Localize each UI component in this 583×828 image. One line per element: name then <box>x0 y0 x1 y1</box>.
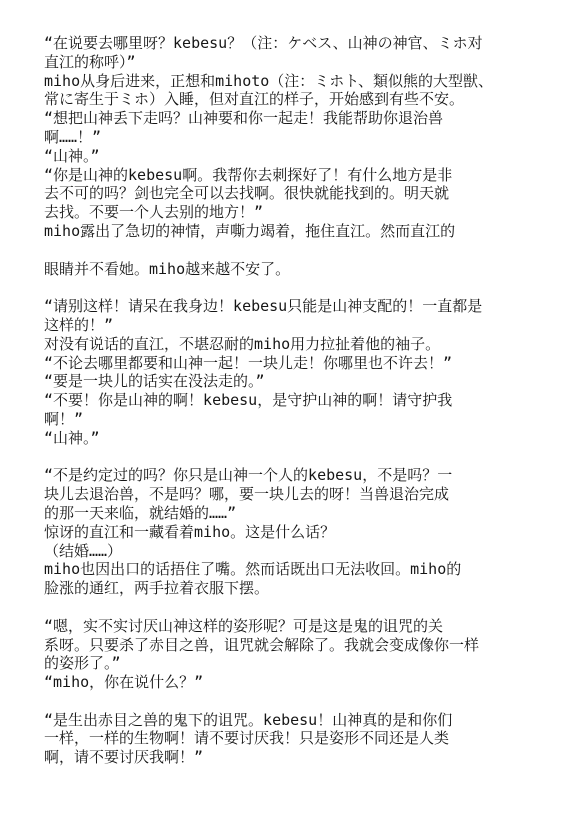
text-line: 的姿形了。” <box>44 654 554 673</box>
text-line: 啊，请不要讨厌我啊！” <box>44 748 554 767</box>
text-line: （结婚……） <box>44 542 554 561</box>
text-line: “嗯，实不实讨厌山神这样的姿形呢？可是这是鬼的诅咒的关 <box>44 617 554 636</box>
text-line: 脸涨的通红，两手拉着衣服下摆。 <box>44 579 554 598</box>
text-line: 惊讶的直江和一藏看着miho。这是什么话？ <box>44 523 554 542</box>
text-line: “在说要去哪里呀？kebesu？（注：ケベス、山神の神官、ミホ对 <box>44 34 554 53</box>
text-line: “是生出赤目之兽的鬼下的诅咒。kebesu！山神真的是和你们 <box>44 711 554 730</box>
text-line <box>44 692 554 711</box>
text-line: 去不可的吗？剑也完全可以去找啊。很快就能找到的。明天就 <box>44 184 554 203</box>
text-line: 这样的！” <box>44 316 554 335</box>
text-line: “不要！你是山神的啊！kebesu，是守护山神的啊！请守护我 <box>44 391 554 410</box>
novel-text-block: “在说要去哪里呀？kebesu？（注：ケベス、山神の神官、ミホ对直江的称呼）”m… <box>44 34 554 767</box>
text-line <box>44 241 554 260</box>
text-line: 去找。不要一个人去别的地方！” <box>44 203 554 222</box>
text-line <box>44 598 554 617</box>
text-line <box>44 448 554 467</box>
document-page: “在说要去哪里呀？kebesu？（注：ケベス、山神の神官、ミホ对直江的称呼）”m… <box>0 0 583 828</box>
text-line: “要是一块儿的话实在没法走的。” <box>44 372 554 391</box>
text-line: 的那一天来临，就结婚的……” <box>44 504 554 523</box>
text-line: “想把山神丢下走吗？山神要和你一起走！我能帮助你退治兽 <box>44 109 554 128</box>
text-line: miho从身后进来，正想和mihoto（注：ミホト、類似熊的大型獣、 <box>44 72 554 91</box>
text-line: 对没有说话的直江，不堪忍耐的miho用力拉扯着他的袖子。 <box>44 335 554 354</box>
text-line: “不是约定过的吗？你只是山神一个人的kebesu，不是吗？一 <box>44 466 554 485</box>
text-line: “miho，你在说什么？” <box>44 673 554 692</box>
text-line: “不论去哪里都要和山神一起！一块儿走！你哪里也不许去！” <box>44 354 554 373</box>
text-line: 啊！” <box>44 410 554 429</box>
text-line: 常に寄生于ミホ）入睡，但对直江的样子，开始感到有些不安。 <box>44 90 554 109</box>
text-line: “你是山神的kebesu啊。我帮你去刺探好了！有什么地方是非 <box>44 166 554 185</box>
text-line: “请别这样！请呆在我身边！kebesu只能是山神支配的！一直都是 <box>44 297 554 316</box>
text-line: 系呀。只要杀了赤目之兽，诅咒就会解除了。我就会变成像你一样 <box>44 636 554 655</box>
text-line: 直江的称呼）” <box>44 53 554 72</box>
text-line: “山神。” <box>44 429 554 448</box>
text-line: miho也因出口的话捂住了嘴。然而话既出口无法收回。miho的 <box>44 560 554 579</box>
text-line: 块儿去退治兽，不是吗？哪，要一块儿去的呀！当兽退治完成 <box>44 485 554 504</box>
text-line: 啊……！” <box>44 128 554 147</box>
text-line: 一样，一样的生物啊！请不要讨厌我！只是姿形不同还是人类 <box>44 729 554 748</box>
text-line <box>44 278 554 297</box>
text-line: 眼睛并不看她。miho越来越不安了。 <box>44 260 554 279</box>
text-line: “山神。” <box>44 147 554 166</box>
text-line: miho露出了急切的神情，声嘶力竭着，拖住直江。然而直江的 <box>44 222 554 241</box>
